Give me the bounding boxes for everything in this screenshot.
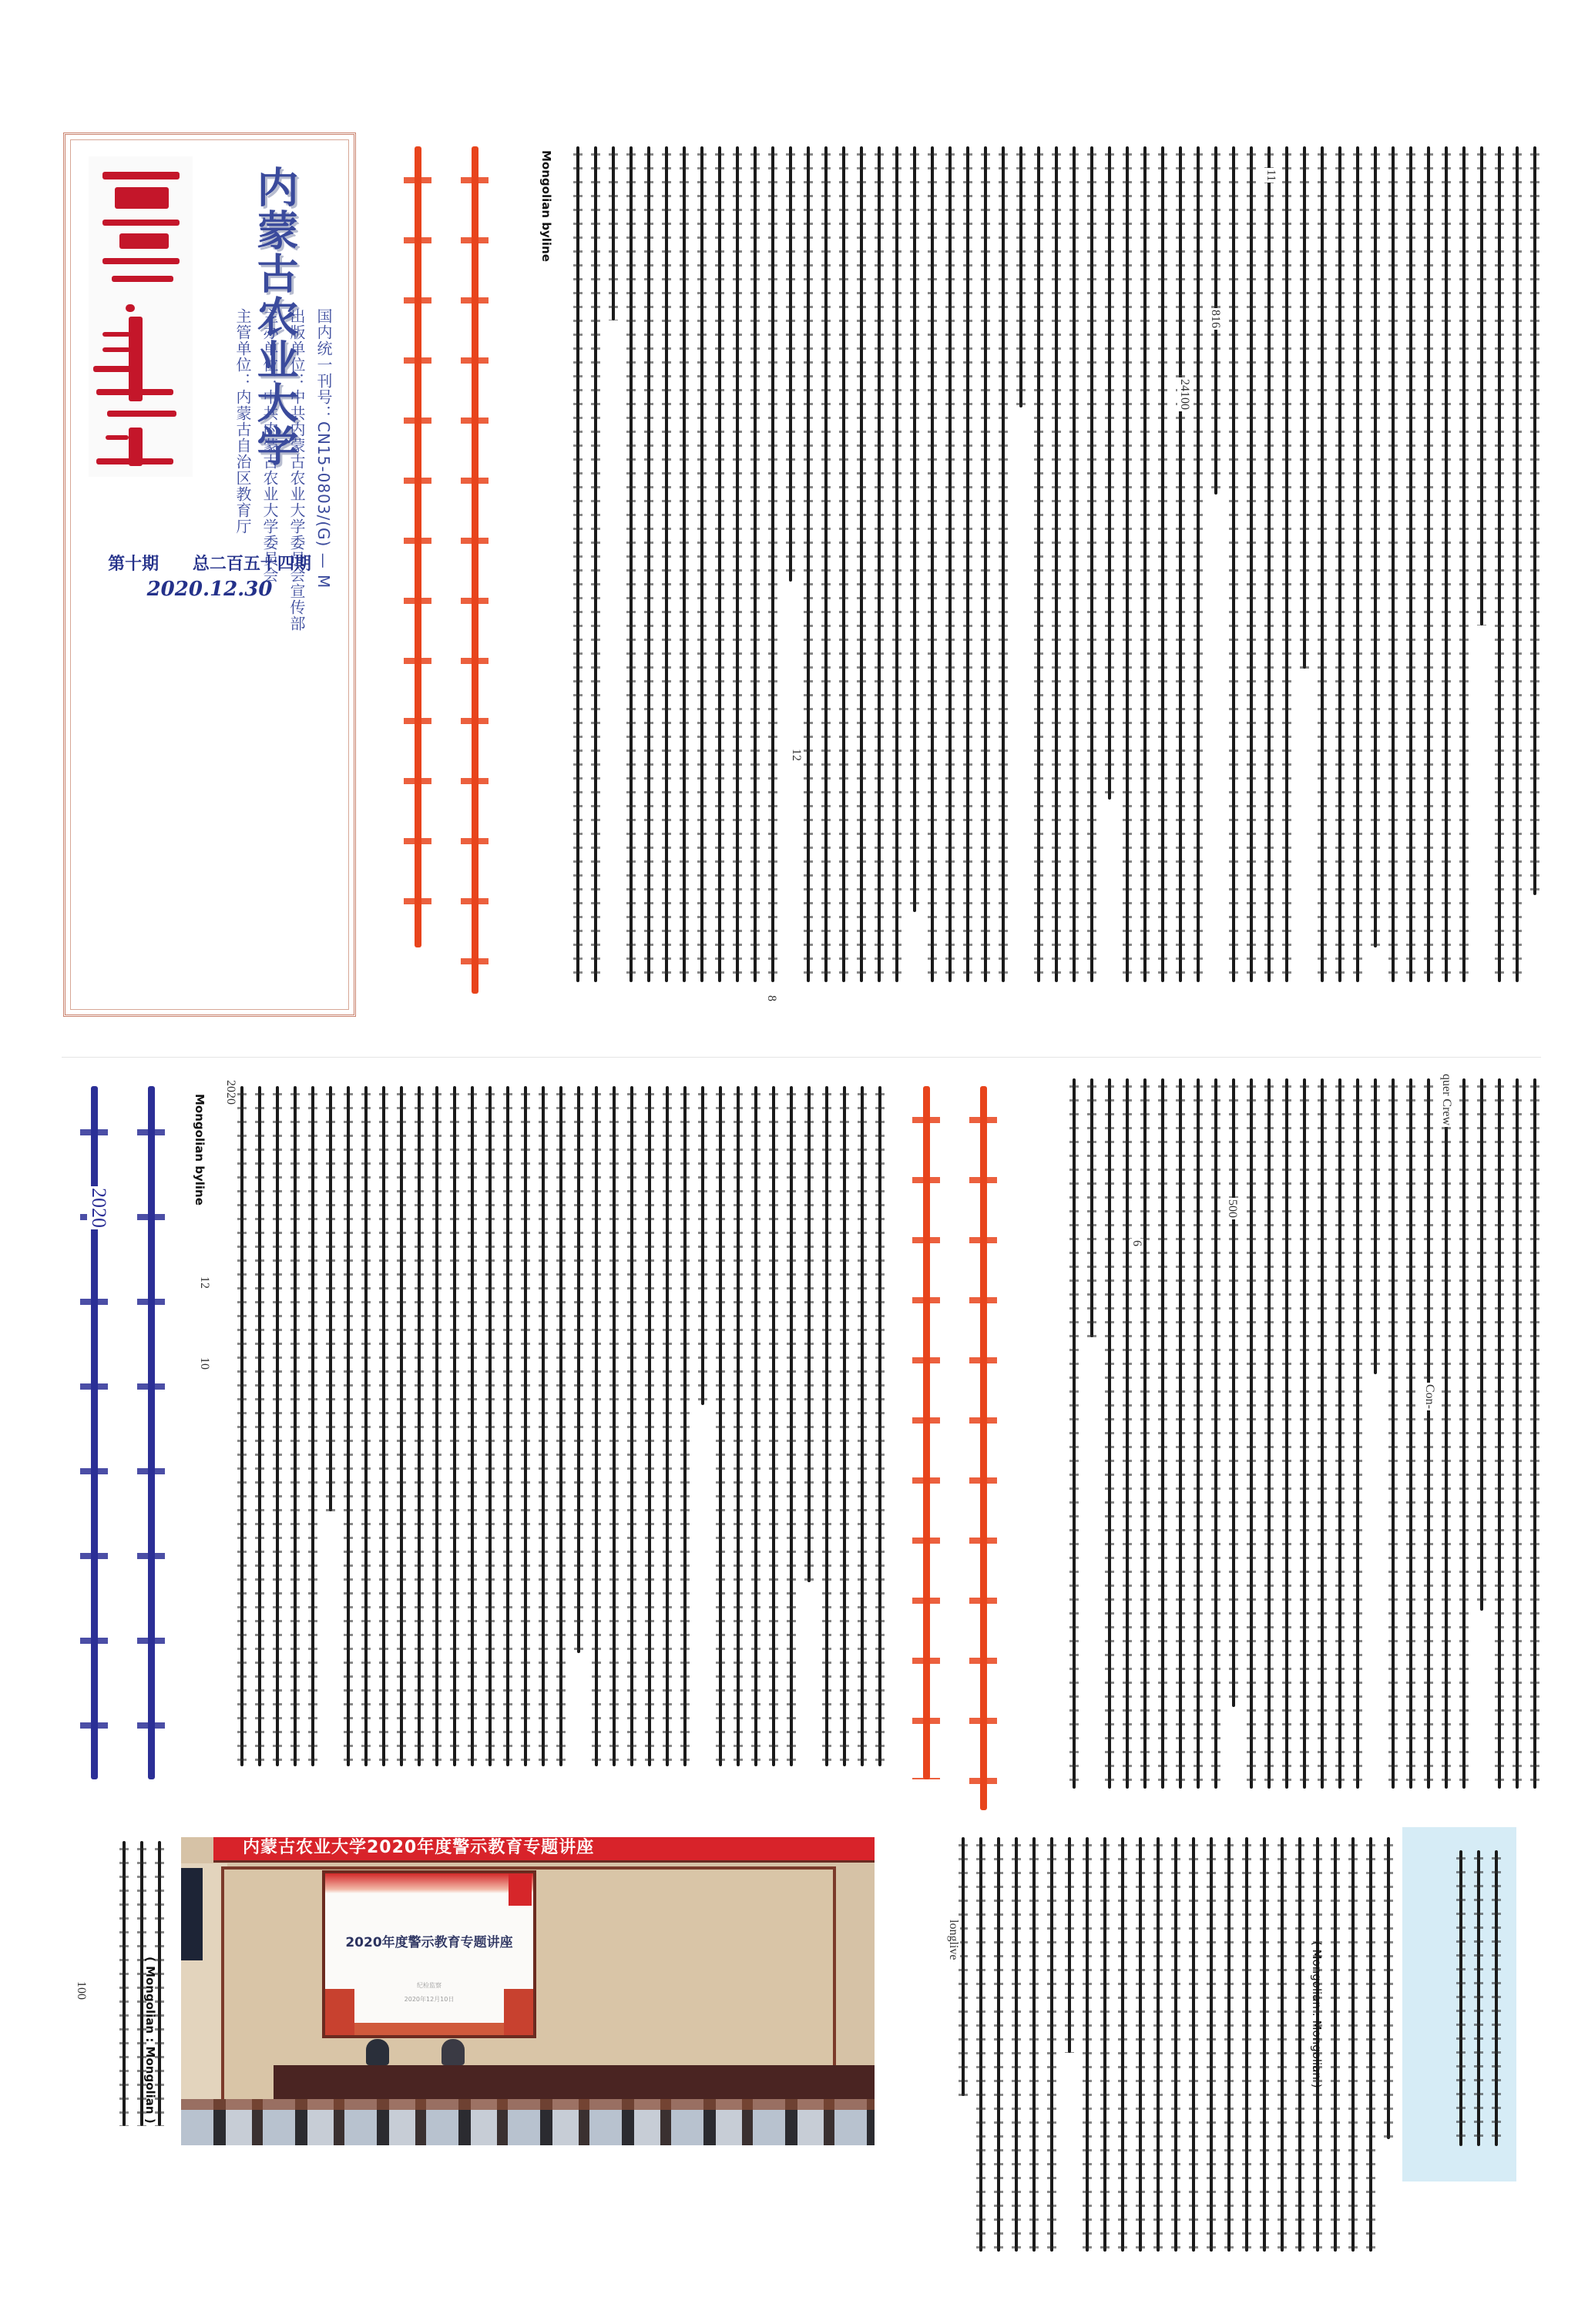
text-column xyxy=(643,146,655,1017)
text-column xyxy=(750,1086,762,1795)
text-column xyxy=(1493,146,1506,1017)
text-column xyxy=(908,146,921,1017)
photo-banner: 内蒙古农业大学2020年度警示教育专题讲座 xyxy=(213,1837,875,1863)
text-column xyxy=(484,1086,496,1795)
text-column xyxy=(1281,1078,1293,1818)
text-column xyxy=(1187,1837,1200,2269)
text-column xyxy=(679,1086,691,1795)
text-column xyxy=(855,146,868,1017)
sponsor: 主办单位：中共内蒙古农业大学委员会 xyxy=(262,308,277,583)
middle-right-headline xyxy=(909,1086,1000,1826)
headline-year: 2020 xyxy=(87,1186,110,1229)
text-column xyxy=(1369,1078,1382,1818)
text-column xyxy=(643,1086,656,1795)
lower-left-body xyxy=(193,1086,886,1795)
lecture-photo: 内蒙古农业大学2020年度警示教育专题讲座 2020年度警示教育专题讲座 纪检监… xyxy=(181,1837,875,2145)
text-column xyxy=(1046,1837,1058,2269)
text-column xyxy=(1241,1837,1253,2269)
text-column xyxy=(1476,146,1488,1017)
text-column xyxy=(1068,1078,1080,1818)
inline-number: 11 xyxy=(1264,168,1278,183)
photo-speaker xyxy=(181,1868,203,1960)
text-column xyxy=(975,1837,987,2269)
text-column xyxy=(1351,1078,1364,1818)
title-glyph xyxy=(96,389,173,395)
text-column xyxy=(626,1086,638,1795)
inline-number: 816 xyxy=(1208,308,1222,330)
text-column xyxy=(1422,1078,1435,1818)
text-column xyxy=(1316,1078,1328,1818)
text-column xyxy=(502,1086,514,1795)
title-glyph xyxy=(112,276,173,282)
masthead-box: 内蒙古农业大学 国内统一刊号：CN15-0803/(G) — M 出版单位：中共… xyxy=(63,132,356,1017)
text-column xyxy=(1174,146,1187,1017)
photo-projection-screen: 2020年度警示教育专题讲座 纪检监察 2020年12月10日 xyxy=(322,1870,536,2038)
text-column xyxy=(1351,146,1364,1017)
text-column xyxy=(957,1837,969,2269)
info-line xyxy=(1472,1850,1485,2158)
text-column xyxy=(926,146,938,1017)
middle-right-body xyxy=(1032,1078,1541,1818)
text-column xyxy=(997,146,1009,1017)
text-column xyxy=(1227,1078,1240,1818)
title-glyph xyxy=(96,458,173,464)
text-column xyxy=(448,1086,461,1795)
text-column xyxy=(856,1086,868,1795)
text-column xyxy=(466,1086,478,1795)
unified-issn: 国内统一刊号：CN15-0803/(G) — M xyxy=(316,308,331,589)
screen-red-wave xyxy=(325,1873,533,1893)
text-column xyxy=(1263,1078,1275,1818)
text-column xyxy=(236,1086,248,1795)
mongolian-newspaper-title xyxy=(89,156,193,477)
text-column xyxy=(1032,146,1045,1017)
text-column xyxy=(821,1086,833,1795)
text-column xyxy=(1347,1837,1359,2269)
text-column xyxy=(1245,1078,1257,1818)
text-column xyxy=(1086,146,1098,1017)
text-column xyxy=(767,146,779,1017)
headline-column xyxy=(134,1086,168,1779)
info-box xyxy=(1402,1827,1516,2181)
text-column xyxy=(607,146,619,1017)
text-column xyxy=(660,146,673,1017)
text-column xyxy=(749,146,761,1017)
text-column xyxy=(572,1086,585,1795)
inline-number: 12 xyxy=(789,747,803,763)
supervisor: 主管单位：内蒙古自治区教育厅 xyxy=(235,308,250,535)
title-glyph xyxy=(93,366,132,372)
top-article-body xyxy=(539,146,1541,1017)
photo-person xyxy=(366,2039,389,2065)
issue-line: 第十期 总二百五十四期 xyxy=(65,551,354,575)
screen-lions-decoration xyxy=(325,1989,533,2035)
text-column xyxy=(1081,1837,1093,2269)
text-column xyxy=(1015,146,1027,1017)
text-column xyxy=(1281,146,1293,1017)
headline-column xyxy=(909,1086,943,1779)
article-source-note: ( Mongolian : Mongolian ) xyxy=(1310,1941,1324,2088)
text-column xyxy=(714,1086,727,1795)
text-column xyxy=(1050,146,1063,1017)
text-column xyxy=(1511,1078,1523,1818)
text-column xyxy=(590,1086,603,1795)
text-column xyxy=(1170,1837,1182,2269)
text-column xyxy=(992,1837,1005,2269)
inline-number: 6 xyxy=(1130,1239,1143,1248)
text-column xyxy=(1103,146,1116,1017)
text-column xyxy=(1116,1837,1129,2269)
info-box-lines xyxy=(1410,1850,1502,2158)
text-column xyxy=(1121,146,1133,1017)
text-column xyxy=(1422,146,1435,1017)
text-column xyxy=(1387,1078,1399,1818)
photo-person xyxy=(442,2039,465,2065)
text-column xyxy=(944,146,956,1017)
text-column xyxy=(519,1086,532,1795)
title-glyph xyxy=(115,187,169,209)
text-column xyxy=(1068,146,1080,1017)
text-column xyxy=(785,1086,797,1795)
text-column xyxy=(803,1086,815,1795)
text-column xyxy=(1245,146,1257,1017)
title-glyph xyxy=(102,258,180,264)
inline-number: 8 xyxy=(764,994,778,1003)
inline-number: 10 xyxy=(197,1356,211,1371)
text-column xyxy=(1382,1837,1395,2269)
title-glyph xyxy=(119,233,169,249)
text-column xyxy=(1152,1837,1164,2269)
text-column xyxy=(395,1086,408,1795)
title-glyph xyxy=(102,172,180,179)
inline-number: 2020 xyxy=(223,1078,237,1106)
text-column xyxy=(820,146,832,1017)
text-column xyxy=(307,1086,319,1795)
text-column xyxy=(838,1086,851,1795)
screen-title: 2020年度警示教育专题讲座 xyxy=(325,1931,533,1950)
text-column xyxy=(537,1086,549,1795)
text-column xyxy=(1174,1078,1187,1818)
text-column xyxy=(1405,146,1417,1017)
text-column xyxy=(696,146,708,1017)
text-column xyxy=(1294,1837,1306,2269)
text-column xyxy=(1010,1837,1022,2269)
issue-number: 第十期 xyxy=(108,554,159,574)
headline-column xyxy=(966,1086,1000,1810)
text-column xyxy=(1223,1837,1235,2269)
text-column xyxy=(289,1086,301,1795)
text-column xyxy=(697,1086,709,1795)
text-column xyxy=(1263,146,1275,1017)
text-column xyxy=(962,146,974,1017)
inline-latin: Con- xyxy=(1422,1383,1436,1410)
text-column xyxy=(732,1086,744,1795)
text-column xyxy=(1365,1837,1377,2269)
title-glyph xyxy=(126,304,135,312)
text-column xyxy=(1334,146,1346,1017)
text-column xyxy=(1440,1078,1452,1818)
text-column xyxy=(979,146,992,1017)
text-column xyxy=(874,1086,886,1795)
text-column xyxy=(1192,1078,1204,1818)
headline-column xyxy=(401,146,435,947)
text-column xyxy=(1139,1078,1151,1818)
title-glyph xyxy=(102,332,130,337)
text-column xyxy=(1210,1078,1222,1818)
text-column xyxy=(1458,1078,1470,1818)
inline-latin: longlive xyxy=(946,1918,960,1961)
info-line xyxy=(1455,1850,1467,2158)
text-column xyxy=(1405,1078,1417,1818)
text-column xyxy=(1440,146,1452,1017)
text-column xyxy=(731,146,744,1017)
text-column xyxy=(838,146,850,1017)
text-column xyxy=(1139,146,1151,1017)
text-column xyxy=(1063,1837,1076,2269)
text-column xyxy=(678,146,690,1017)
inline-latin: quer Crew xyxy=(1439,1072,1453,1127)
text-column xyxy=(1329,1837,1341,2269)
text-column xyxy=(1493,1078,1506,1818)
text-column xyxy=(253,1086,266,1795)
text-column xyxy=(1157,146,1169,1017)
text-column xyxy=(1210,146,1222,1017)
text-column xyxy=(378,1086,390,1795)
caption-source-note: ( Mongolian : Mongolian ) xyxy=(143,1957,157,2124)
issue-total: 总二百五十四期 xyxy=(193,554,311,574)
text-column xyxy=(767,1086,780,1795)
caption-number: 100 xyxy=(74,1980,88,2001)
title-glyph xyxy=(102,347,130,352)
text-column xyxy=(1334,1078,1346,1818)
text-column xyxy=(1529,146,1541,1017)
text-column xyxy=(1227,146,1240,1017)
text-column xyxy=(1121,1078,1133,1818)
text-column xyxy=(1258,1837,1271,2269)
text-column xyxy=(1276,1837,1288,2269)
text-column xyxy=(271,1086,284,1795)
text-column xyxy=(413,1086,425,1795)
text-column xyxy=(1458,146,1470,1017)
text-column xyxy=(1099,1837,1111,2269)
text-column xyxy=(1387,146,1399,1017)
text-column xyxy=(891,146,903,1017)
inline-number: 24100 xyxy=(1177,377,1191,411)
text-column xyxy=(1205,1837,1217,2269)
screen-flag-icon xyxy=(509,1873,532,1906)
inline-number: 500 xyxy=(1225,1198,1239,1219)
text-column xyxy=(555,1086,567,1795)
text-column xyxy=(661,1086,673,1795)
text-column xyxy=(1028,1837,1040,2269)
text-column xyxy=(1192,146,1204,1017)
text-column xyxy=(589,146,602,1017)
text-column xyxy=(1316,146,1328,1017)
text-column xyxy=(1086,1078,1098,1818)
issue-date: 2020.12.30 xyxy=(65,578,354,601)
text-column xyxy=(1134,1837,1147,2269)
text-column xyxy=(572,146,584,1017)
title-glyph xyxy=(102,220,180,226)
info-line xyxy=(1490,1850,1502,2158)
photo-audience xyxy=(181,2099,875,2145)
text-column xyxy=(625,146,637,1017)
title-glyph xyxy=(106,435,129,440)
text-column xyxy=(608,1086,620,1795)
text-column xyxy=(1529,1078,1541,1818)
text-column xyxy=(873,146,885,1017)
text-column xyxy=(431,1086,443,1795)
section-divider xyxy=(62,1057,1541,1058)
title-glyph xyxy=(107,411,176,417)
text-column xyxy=(802,146,814,1017)
text-column xyxy=(1298,146,1311,1017)
text-column xyxy=(360,1086,372,1795)
text-column xyxy=(784,146,797,1017)
text-column xyxy=(342,1086,354,1795)
text-column xyxy=(1298,1078,1311,1818)
text-column xyxy=(1103,1078,1116,1818)
top-article-headline xyxy=(401,146,492,1009)
text-column xyxy=(1476,1078,1488,1818)
text-column xyxy=(713,146,726,1017)
inline-number: 12 xyxy=(197,1275,211,1290)
caption-column xyxy=(118,1841,130,2165)
text-column xyxy=(1511,146,1523,1017)
text-column xyxy=(1157,1078,1169,1818)
text-column xyxy=(1369,146,1382,1017)
headline-column xyxy=(458,146,492,994)
text-column xyxy=(324,1086,337,1795)
